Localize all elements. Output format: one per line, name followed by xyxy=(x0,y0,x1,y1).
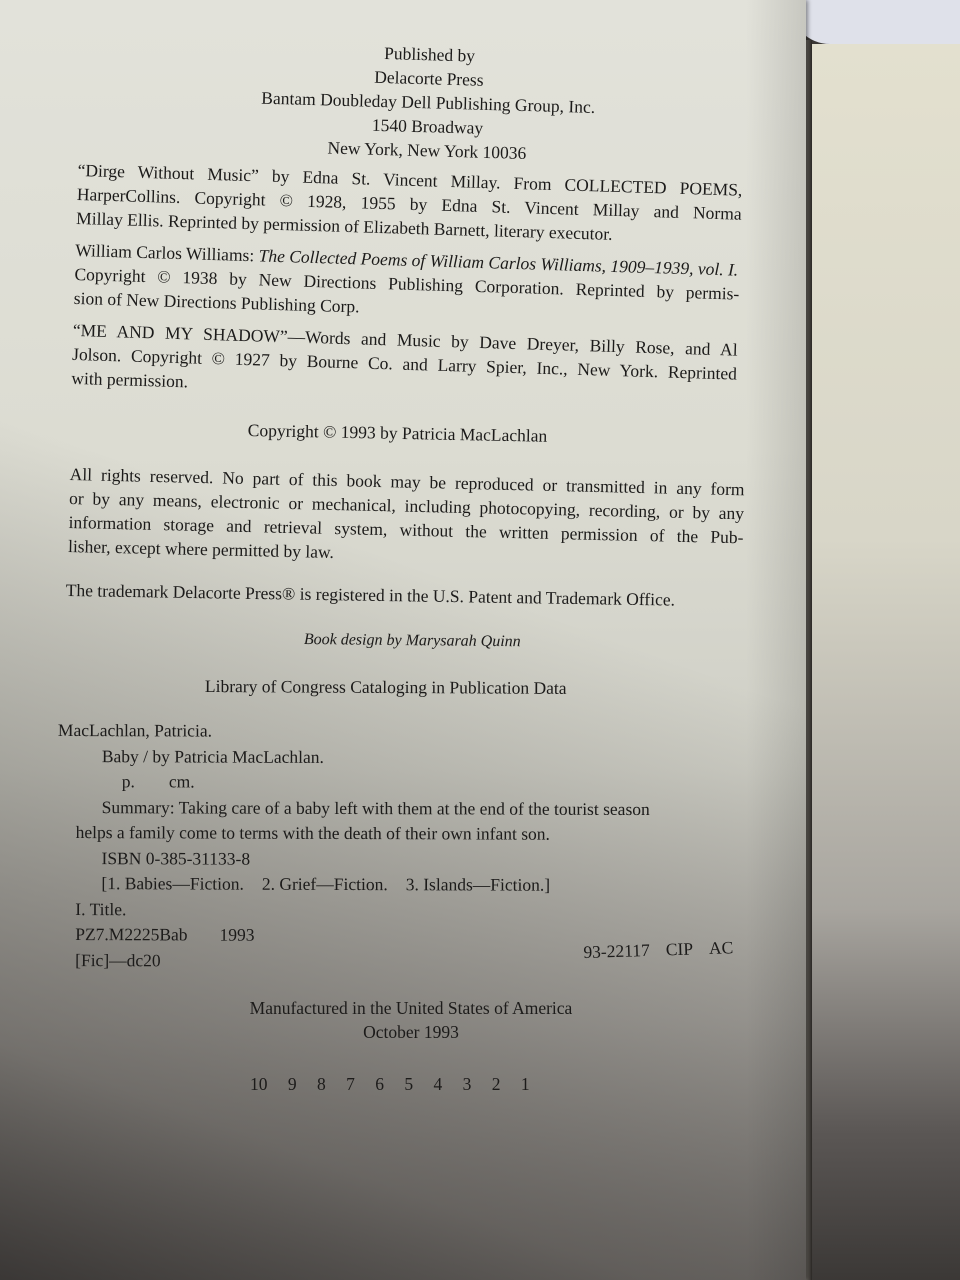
cip-pages: p. xyxy=(122,771,135,791)
page-gutter xyxy=(806,40,812,1280)
lccn: 93-22117 xyxy=(583,940,650,962)
adjacent-page-edge xyxy=(812,44,960,1280)
cip-control-number: 93-22117CIPAC xyxy=(583,935,734,964)
trademark-notice: The trademark Delacorte Press® is regist… xyxy=(66,578,676,612)
manufacture-info: Manufactured in the United States of Ame… xyxy=(215,996,607,1044)
printing-number: 2 xyxy=(492,1072,501,1096)
cip-title: Baby / by Patricia MacLachlan. xyxy=(58,743,758,771)
subject-entry: 2. Grief—Fiction. xyxy=(262,874,388,894)
printing-number: 9 xyxy=(288,1072,297,1096)
cip-physical: p.cm. xyxy=(58,769,758,797)
printing-number: 5 xyxy=(404,1072,413,1096)
subject-entry: [1. Babies—Fiction. xyxy=(101,873,243,893)
printing-number: 10 xyxy=(250,1072,268,1096)
lcc-year: 1993 xyxy=(220,925,255,945)
lcc-class: PZ7.M2225Bab xyxy=(75,924,187,944)
cip-label: CIP xyxy=(665,939,693,960)
book-design-credit: Book design by Marysarah Quinn xyxy=(304,628,521,654)
copyright-page: Published by Delacorte Press Bantam Doub… xyxy=(0,0,806,1280)
cip-title-entry: I. Title. xyxy=(57,896,757,924)
cip-isbn: ISBN 0-385-31133-8 xyxy=(57,845,757,873)
permission-millay: “Dirge Without Music” by Edna St. Vincen… xyxy=(76,158,743,250)
cip-summary-cont: helps a family come to terms with the de… xyxy=(58,820,758,848)
publisher-block: Published by Delacorte Press Bantam Doub… xyxy=(237,37,620,168)
copyright-notice: Copyright © 1993 by Patricia MacLachlan xyxy=(248,418,548,448)
ac-label: AC xyxy=(709,937,734,958)
cip-size: cm. xyxy=(169,771,195,791)
cip-subjects: [1. Babies—Fiction.2. Grief—Fiction.3. I… xyxy=(57,871,757,899)
printing-number: 7 xyxy=(346,1072,355,1096)
printing-number: 1 xyxy=(521,1072,530,1096)
printing-number: 4 xyxy=(434,1072,443,1096)
credit-lead: William Carlos Williams: xyxy=(75,240,259,265)
cip-author: MacLachlan, Patricia. xyxy=(58,718,758,746)
permission-shadow: “ME AND MY SHADOW”—Words and Music by Da… xyxy=(71,318,738,410)
background-corner xyxy=(790,0,960,44)
manufacture-date: October 1993 xyxy=(215,1020,607,1044)
cip-heading: Library of Congress Cataloging in Public… xyxy=(205,674,567,700)
printing-number: 3 xyxy=(463,1072,472,1096)
cip-summary: Summary: Taking care of a baby left with… xyxy=(58,794,758,822)
subject-entry: 3. Islands—Fiction.] xyxy=(406,874,550,895)
permissions-credits: “Dirge Without Music” by Edna St. Vincen… xyxy=(71,158,743,418)
printing-number: 8 xyxy=(317,1072,326,1096)
rights-reserved: All rights reserved. No part of this boo… xyxy=(68,462,745,573)
permission-williams: William Carlos Williams: The Collected P… xyxy=(73,238,740,330)
manufacture-country: Manufactured in the United States of Ame… xyxy=(215,996,607,1020)
printing-number: 6 xyxy=(375,1072,384,1096)
printing-line: 10 9 8 7 6 5 4 3 2 1 xyxy=(250,1072,546,1096)
